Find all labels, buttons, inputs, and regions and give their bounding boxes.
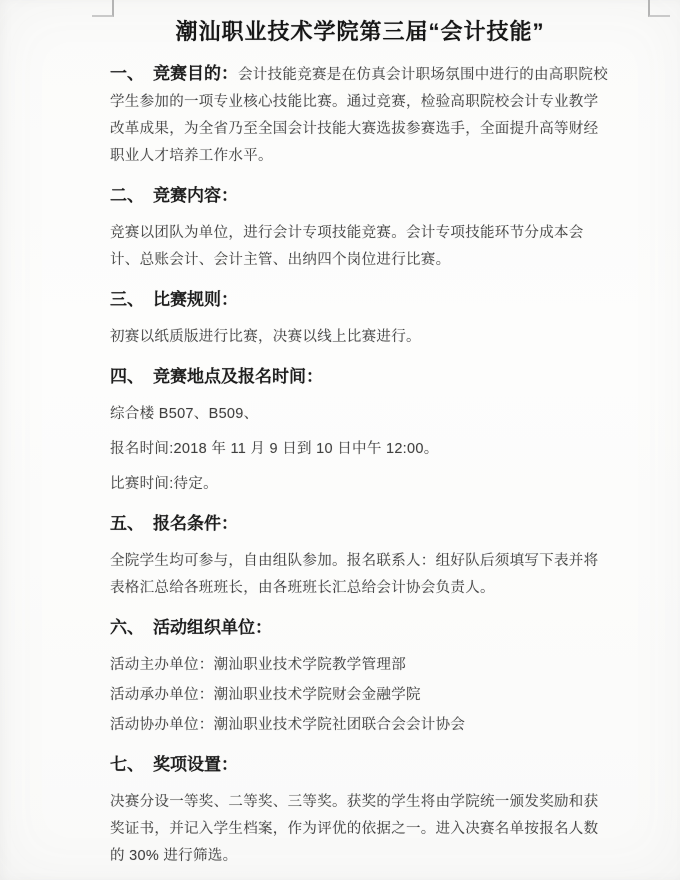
section-number: 四、 — [110, 367, 153, 386]
section-number: 三、 — [110, 290, 153, 309]
document-page: 潮汕职业技术学院第三届“会计技能” 一、竞赛目的：会计技能竞赛是在仿真会计职场氛… — [0, 0, 680, 880]
document-content: 潮汕职业技术学院第三届“会计技能” 一、竞赛目的：会计技能竞赛是在仿真会计职场氛… — [110, 16, 610, 880]
section-heading-label: 奖项设置： — [153, 755, 238, 774]
section-registration-requirements: 五、报名条件： 全院学生均可参与，自由组队参加。报名联系人：组好队后须填写下表并… — [110, 512, 610, 602]
section-number: 二、 — [110, 186, 153, 205]
paragraph: 决赛分设一等奖、二等奖、三等奖。获奖的学生将由学院统一颁发奖励和获奖证书，并记入… — [110, 789, 610, 870]
paragraph: 综合楼 B507、B509、 — [110, 401, 610, 428]
section-heading: 七、奖项设置： — [110, 753, 610, 777]
paragraph: 报名时间:2018 年 11 月 9 日到 10 日中午 12:00。 — [110, 436, 610, 463]
section-organizing-units: 六、活动组织单位： 活动主办单位：潮汕职业技术学院教学管理部 活动承办单位：潮汕… — [110, 616, 610, 739]
section-competition-content: 二、竞赛内容： 竞赛以团队为单位，进行会计专项技能竞赛。会计专项技能环节分成本会… — [110, 184, 610, 274]
section-number: 五、 — [110, 514, 153, 533]
page-title: 潮汕职业技术学院第三届“会计技能” — [110, 16, 610, 48]
page-margin-mark-top-left-icon — [92, 0, 114, 17]
paragraph: 竞赛以团队为单位，进行会计专项技能竞赛。会计专项技能环节分成本会计、总账会计、会… — [110, 220, 610, 274]
section-heading-label: 竞赛地点及报名时间： — [153, 367, 323, 386]
section-heading-label: 报名条件： — [153, 514, 238, 533]
paragraph: 初赛以纸质版进行比赛，决赛以线上比赛进行。 — [110, 324, 610, 351]
section-heading: 一、竞赛目的： — [110, 64, 238, 83]
paragraph: 全院学生均可参与，自由组队参加。报名联系人：组好队后须填写下表并将表格汇总给各班… — [110, 548, 610, 602]
section-number: 七、 — [110, 755, 153, 774]
section-heading-label: 活动组织单位： — [153, 618, 272, 637]
paragraph: 比赛时间:待定。 — [110, 471, 610, 498]
section-heading-label: 比赛规则： — [153, 290, 238, 309]
paragraph: 一、竞赛目的：会计技能竞赛是在仿真会计职场氛围中进行的由高职院校学生参加的一项专… — [110, 60, 610, 170]
section-number: 六、 — [110, 618, 153, 637]
section-competition-rules: 三、比赛规则： 初赛以纸质版进行比赛，决赛以线上比赛进行。 — [110, 288, 610, 351]
paragraph: 活动主办单位：潮汕职业技术学院教学管理部 — [110, 652, 610, 679]
section-competition-purpose: 一、竞赛目的：会计技能竞赛是在仿真会计职场氛围中进行的由高职院校学生参加的一项专… — [110, 60, 610, 170]
section-heading: 五、报名条件： — [110, 512, 610, 536]
section-heading-label: 竞赛目的： — [153, 64, 238, 83]
paragraph: 活动协办单位：潮汕职业技术学院社团联合会会计协会 — [110, 712, 610, 739]
section-heading: 四、竞赛地点及报名时间： — [110, 365, 610, 389]
page-margin-mark-top-right-icon — [648, 0, 670, 17]
section-heading-label: 竞赛内容： — [153, 186, 238, 205]
section-heading: 三、比赛规则： — [110, 288, 610, 312]
section-location-and-registration: 四、竞赛地点及报名时间： 综合楼 B507、B509、 报名时间:2018 年 … — [110, 365, 610, 498]
paragraph: 活动承办单位：潮汕职业技术学院财会金融学院 — [110, 682, 610, 709]
section-number: 一、 — [110, 64, 153, 83]
section-heading: 二、竞赛内容： — [110, 184, 610, 208]
section-heading: 六、活动组织单位： — [110, 616, 610, 640]
section-awards: 七、奖项设置： 决赛分设一等奖、二等奖、三等奖。获奖的学生将由学院统一颁发奖励和… — [110, 753, 610, 870]
